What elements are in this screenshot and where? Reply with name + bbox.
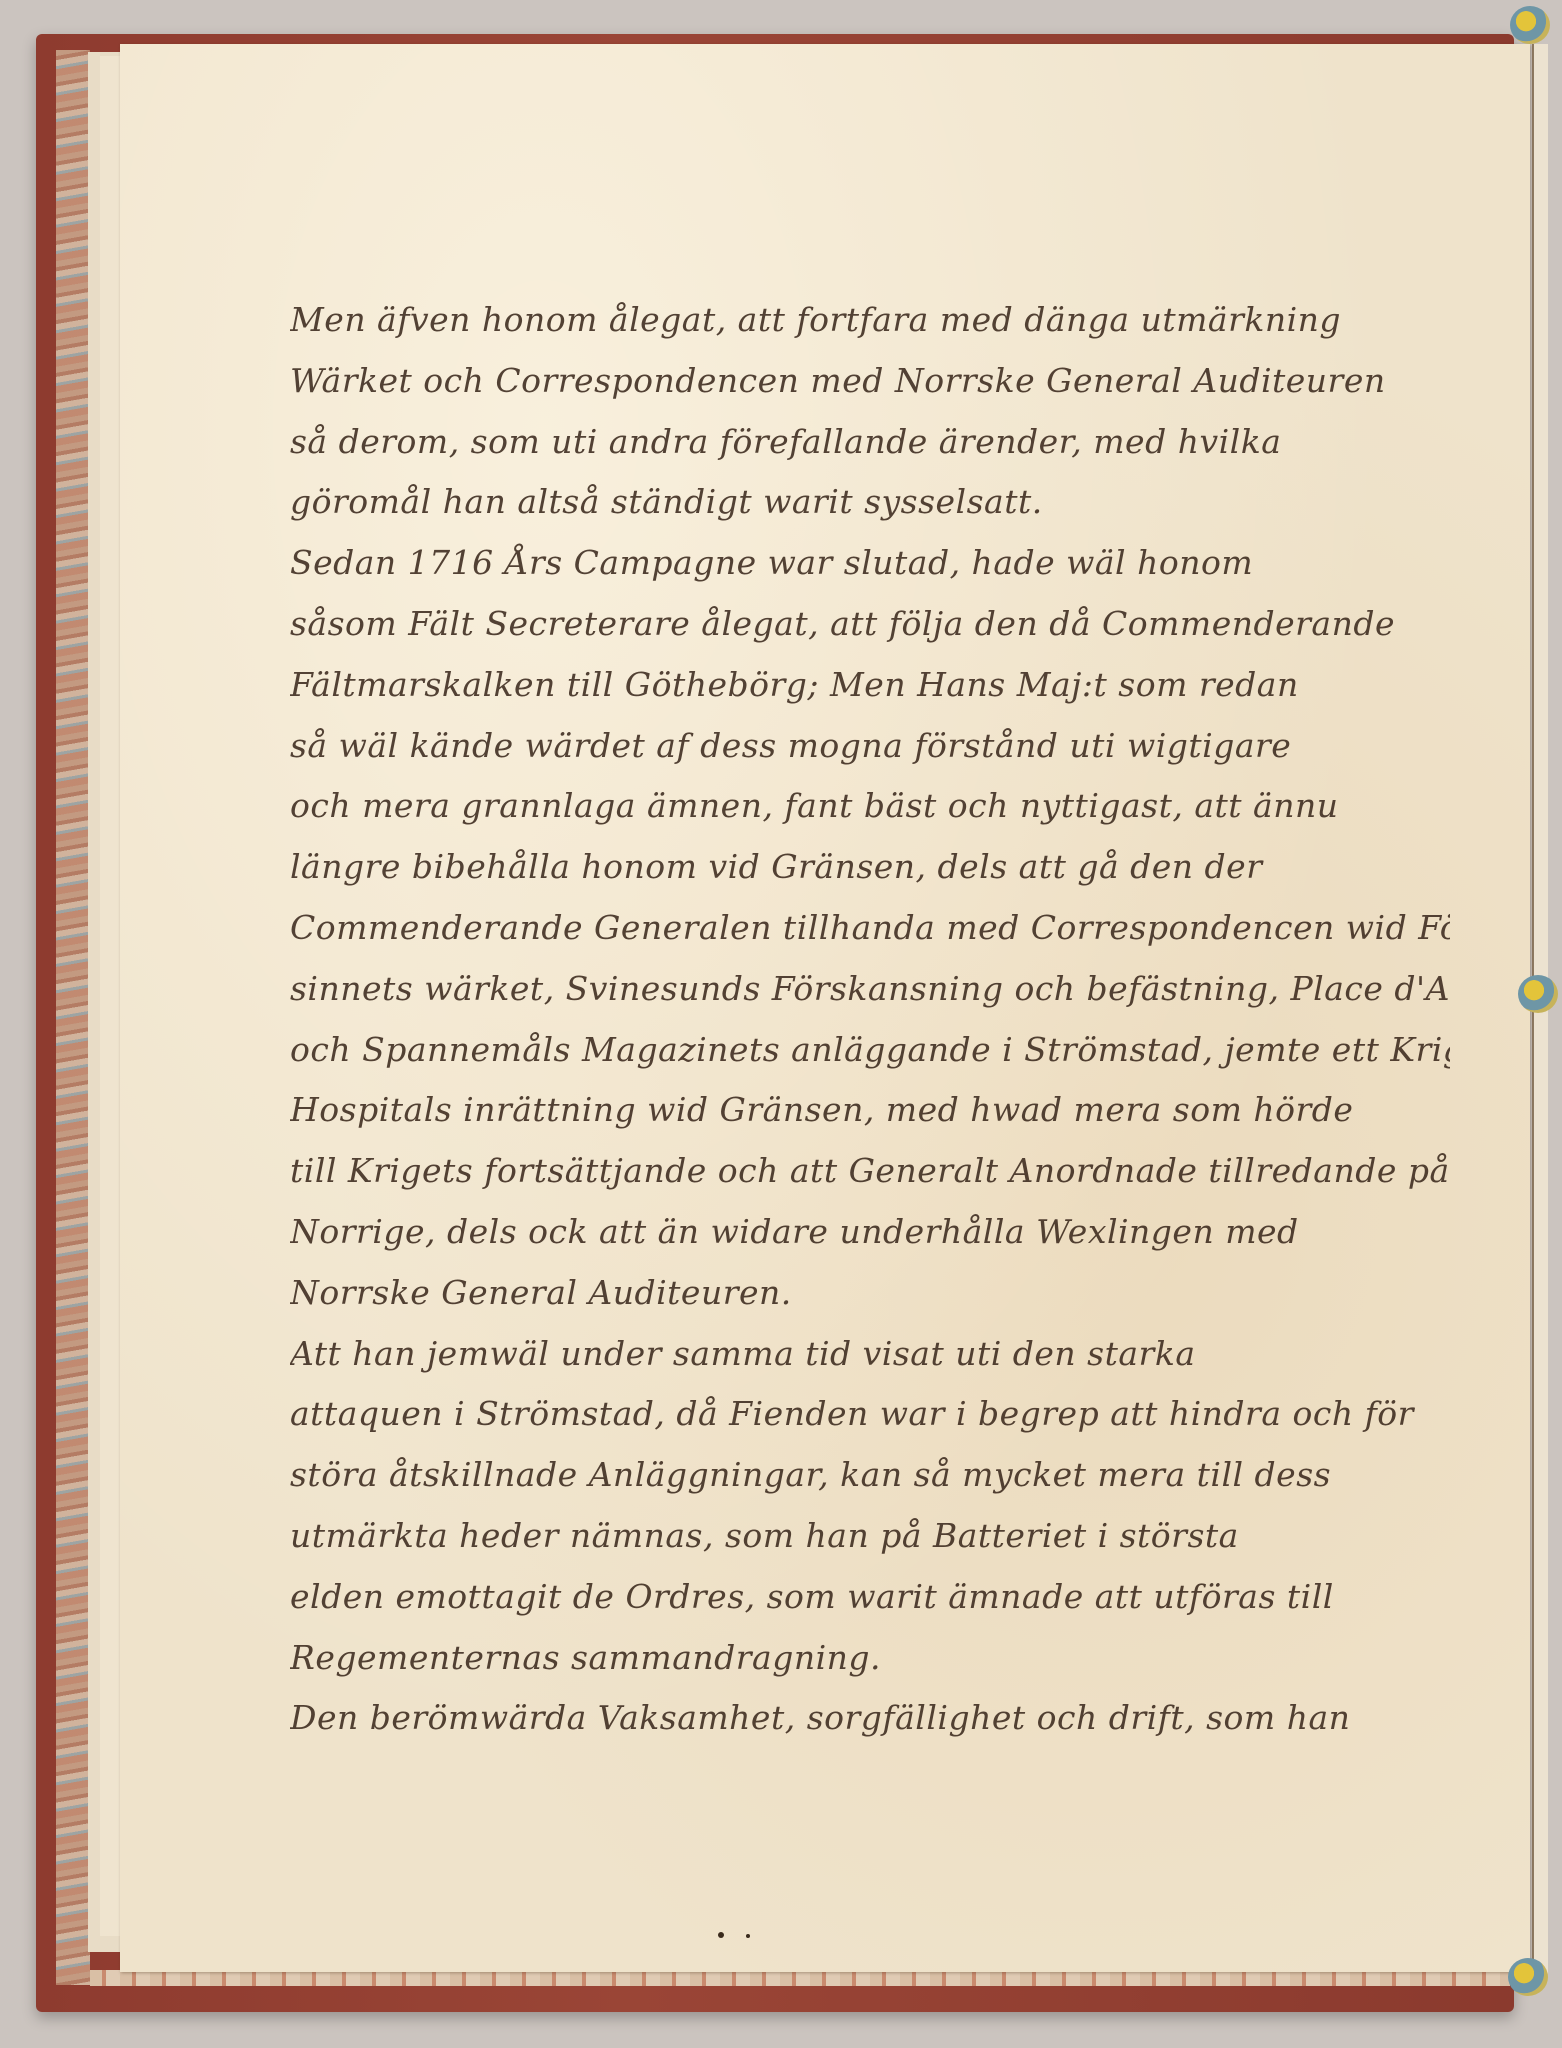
text-line: så derom, som uti andra förefallande äre… [290, 412, 1450, 473]
text-line: Regementernas sammandragning. [290, 1628, 1450, 1689]
text-line: Wärket och Correspondencen med Norrske G… [290, 351, 1450, 412]
text-line: så wäl kände wärdet af dess mogna förstå… [290, 716, 1450, 777]
text-line: Att han jemwäl under samma tid visat uti… [290, 1324, 1450, 1385]
marbled-endpaper-bottom [90, 1970, 1510, 1986]
binding-thread-top-icon [1510, 6, 1550, 44]
text-line: attaquen i Strömstad, då Fienden war i b… [290, 1384, 1450, 1445]
text-line: Commenderande Generalen tillhanda med Co… [290, 898, 1450, 959]
text-line: längre bibehålla honom vid Gränsen, dels… [290, 837, 1450, 898]
text-line: göromål han altså ständigt warit syssels… [290, 472, 1450, 533]
text-line: såsom Fält Secreterare ålegat, att följa… [290, 594, 1450, 655]
binding-thread-bottom-icon [1508, 1958, 1548, 1996]
text-line: störa åtskillnade Anläggningar, kan så m… [290, 1445, 1450, 1506]
text-line: elden emottagit de Ordres, som warit ämn… [290, 1567, 1450, 1628]
text-line: och Spannemåls Magazinets anläggande i S… [290, 1020, 1450, 1081]
text-line: och mera grannlaga ämnen, fant bäst och … [290, 776, 1450, 837]
text-line: Den berömwärda Vaksamhet, sorgfällighet … [290, 1688, 1450, 1749]
text-line: Fältmarskalken till Göthebörg; Men Hans … [290, 655, 1450, 716]
ink-spot [746, 1934, 750, 1938]
text-line: utmärkta heder nämnas, som han på Batter… [290, 1506, 1450, 1567]
text-line: Hospitals inrättning wid Gränsen, med hw… [290, 1080, 1450, 1141]
text-line: Norrige, dels ock att än widare underhål… [290, 1202, 1450, 1263]
text-line: Men äfven honom ålegat, att fortfara med… [290, 290, 1450, 351]
ink-spot [718, 1932, 724, 1938]
handwritten-text: Men äfven honom ålegat, att fortfara med… [290, 290, 1450, 1749]
text-line: Sedan 1716 Års Campagne war slutad, hade… [290, 533, 1450, 594]
text-line: till Krigets fortsättjande och att Gener… [290, 1141, 1450, 1202]
text-line: sinnets wärket, Svinesunds Förskansning … [290, 959, 1450, 1020]
binding-thread-middle-icon [1518, 975, 1558, 1013]
text-line: Norrske General Auditeuren. [290, 1263, 1450, 1324]
marbled-endpaper [56, 50, 90, 1985]
